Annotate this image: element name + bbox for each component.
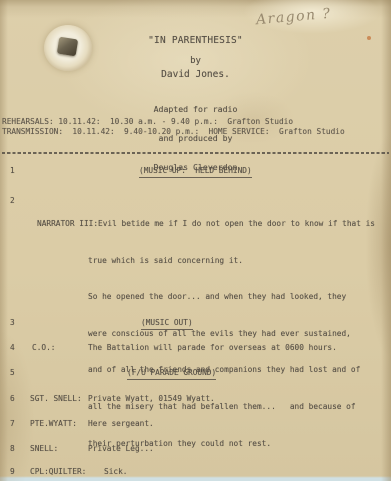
pencil-annotation: Aragon ? [255,6,332,29]
author-name: David Jones. [0,70,391,80]
narrator-block: NARRATOR III:Evil betide me if I do not … [0,196,391,472]
credit-line: Adapted for radio [0,105,391,115]
transmission-line: TRANSMISSION: 10.11.42: 9.40-10.20 p.m.:… [2,127,345,137]
cue-heading: (MUSIC OUT) [141,318,193,328]
dialogue-text: Private Wyatt, 01549 Wyatt. [88,394,215,404]
page-title: "IN PARENTHESIS" [0,36,391,46]
byline: by [0,56,391,66]
line-number: 3 [10,318,15,328]
line-number: 7 [10,419,15,429]
cue-heading: (F/U PARADE GROUND) [127,368,216,378]
cue-heading-text: (F/U PARADE GROUND) [127,368,216,380]
dialogue-text: The Battalion will parade for overseas a… [88,343,337,353]
line-number: 5 [10,368,15,378]
narrator-line: NARRATOR III:Evil betide me if I do not … [0,216,391,233]
dialogue-text: Evil betide me if I do not open the door… [98,219,375,228]
cue-heading-text: (MUSIC OUT) [141,318,193,330]
dialogue-text: Here sergeant. [88,419,154,429]
cue-heading-text: (MUSIC UP: HELD BEHIND) [139,166,252,178]
line-number: 8 [10,444,15,454]
dialogue-text: Sick. [104,467,127,477]
speaker-label: NARRATOR III: [37,219,98,228]
speaker-label: SGT. SNELL: [30,394,82,404]
speaker-label: PTE.WYATT: [30,419,77,429]
line-number: 6 [10,394,15,404]
narrator-line: their perturbation they could not rest. [0,436,391,453]
line-number: 4 [10,343,15,353]
narrator-line: So he opened the door... and when they h… [0,289,391,306]
line-number: 1 [10,166,15,176]
dialogue-text: Private Leg... [88,444,154,454]
line-number: 9 [10,467,15,477]
narrator-line: true which is said concerning it. [0,253,391,270]
speaker-label: CPL:QUILTER: [30,467,86,477]
separator-line [2,152,389,154]
narrator-line: were conscious of all the evils they had… [0,326,391,343]
rehearsals-line: REHEARSALS: 10.11.42: 10.30 a.m. - 9.40 … [2,117,293,127]
speaker-label: SNELL: [30,444,58,454]
script-page-scan: Aragon ? "IN PARENTHESIS" by David Jones… [0,0,391,481]
cue-heading: (MUSIC UP: HELD BEHIND) [139,166,252,176]
speaker-label: C.O.: [32,343,55,353]
